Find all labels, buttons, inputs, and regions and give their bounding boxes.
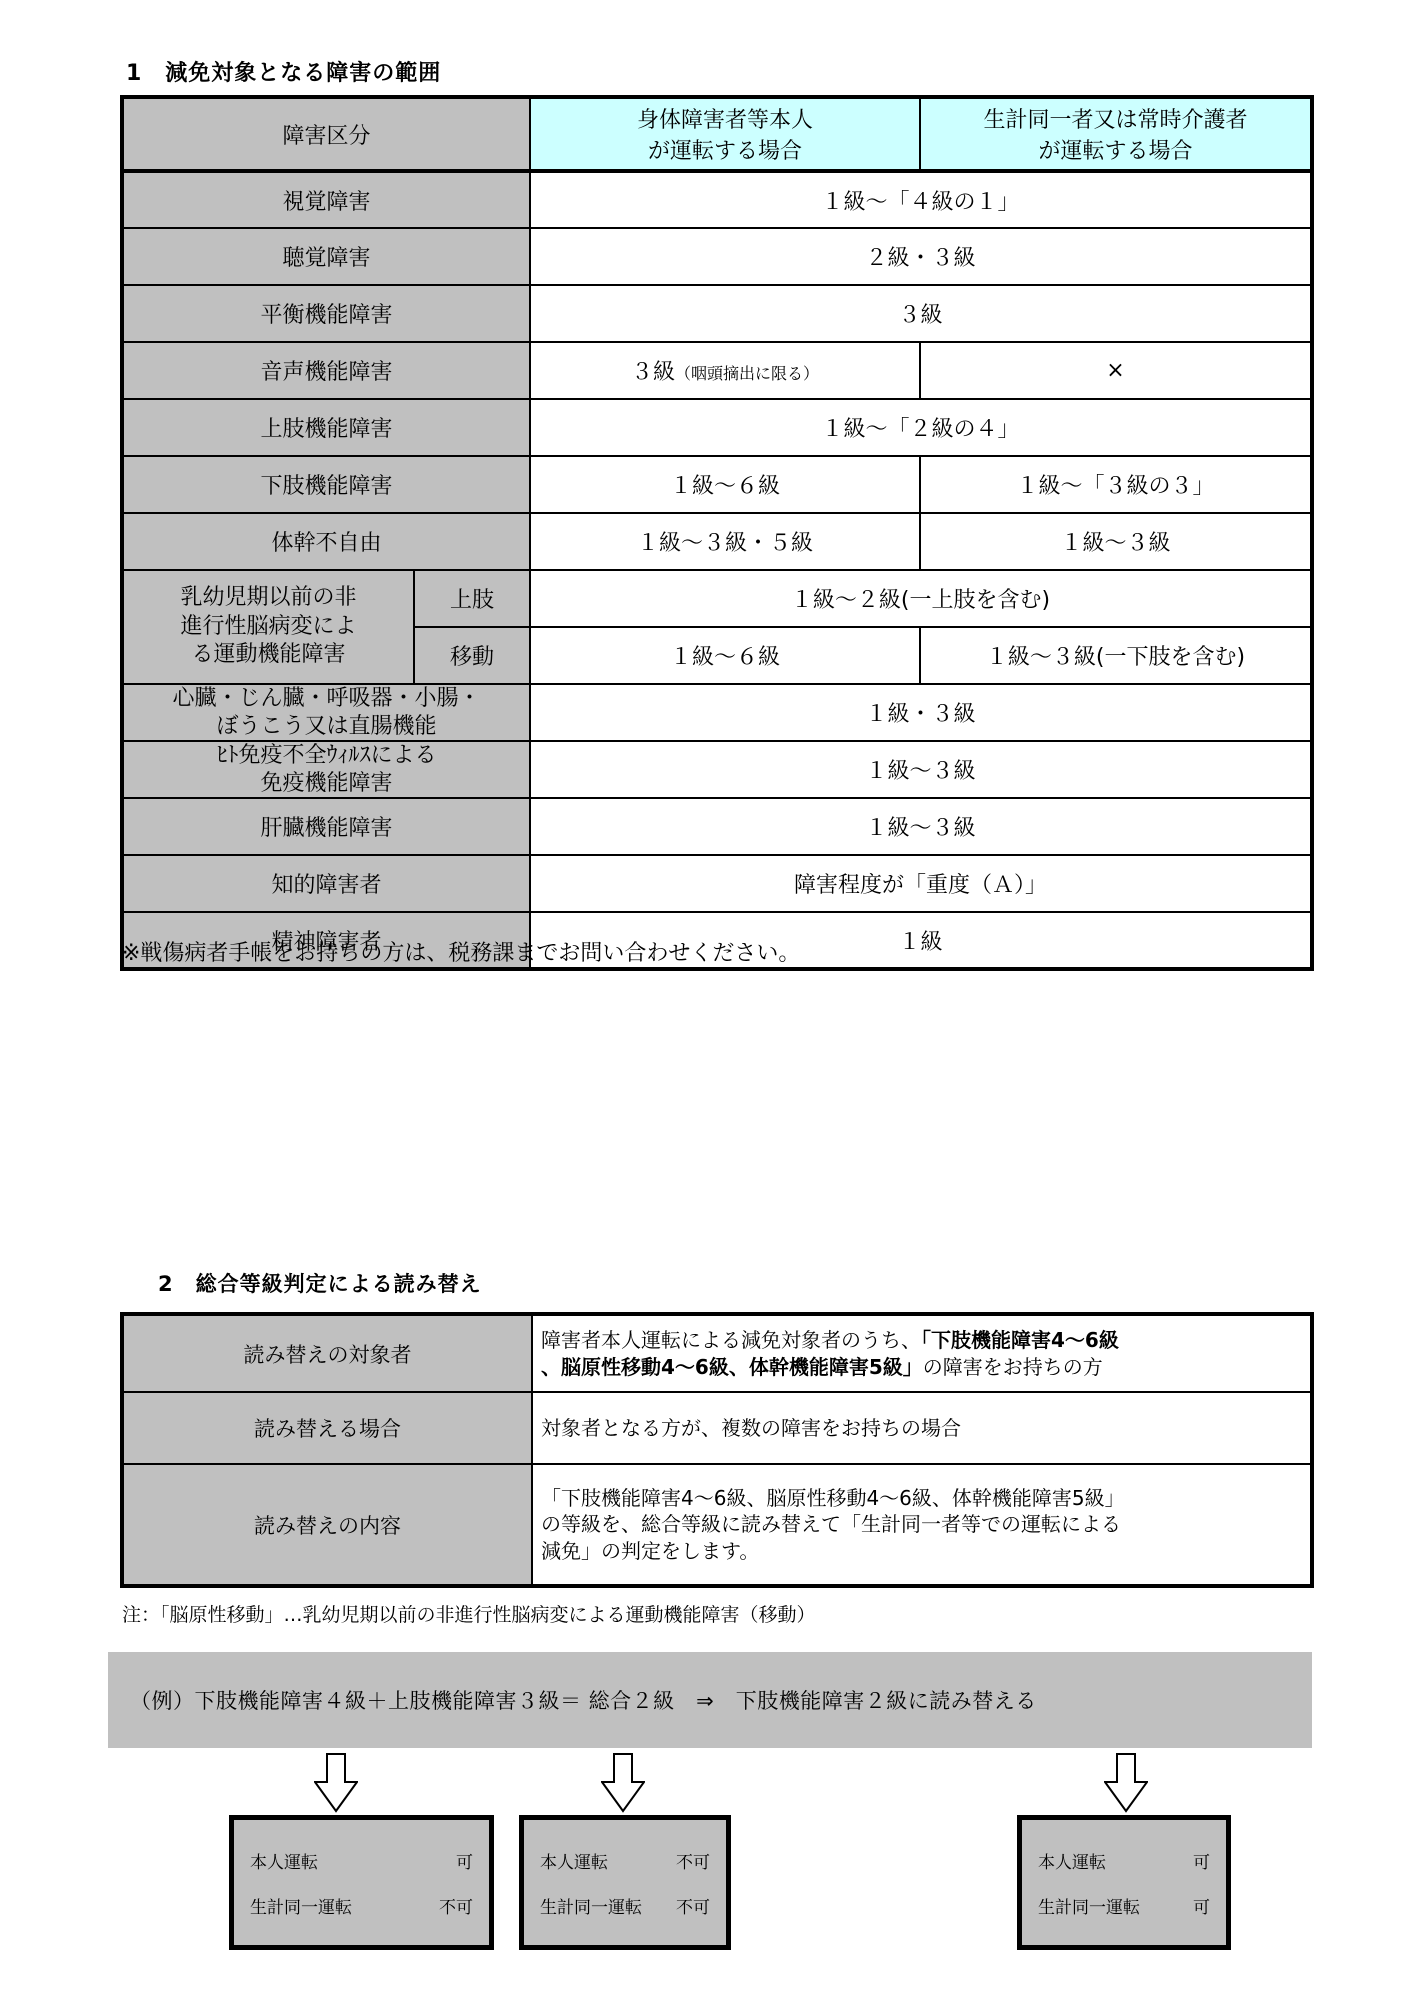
row-value-upper-limb: １級～「２級の４」	[530, 399, 1312, 456]
row-value-liver: １級～３級	[530, 798, 1312, 855]
row-label-hearing: 聴覚障害	[122, 228, 530, 285]
conversion-content-text: 「下肢機能障害4～6級、脳原性移動4～6級、体幹機能障害5級」 の等級を、総合等…	[532, 1464, 1312, 1586]
row-label-balance: 平衡機能障害	[122, 285, 530, 342]
result-value: 不可	[439, 1893, 473, 1918]
row-value-balance: ３級	[530, 285, 1312, 342]
result-value: 不可	[676, 1893, 710, 1918]
row-value-intellectual: 障害程度が「重度（Ａ）」	[530, 855, 1312, 912]
row-label-visual: 視覚障害	[122, 171, 530, 228]
voice-grade: ３級	[631, 360, 675, 385]
row-value-trunk-self: １級～３級・５級	[530, 513, 920, 570]
row-sublabel-mobility: 移動	[414, 627, 530, 684]
table-row: 読み替えの内容 「下肢機能障害4～6級、脳原性移動4～6級、体幹機能障害5級」 …	[122, 1464, 1312, 1586]
result-label: 生計同一運転	[540, 1893, 642, 1918]
row-value-cerebral-mobility-other: １級～３級(一下肢を含む)	[920, 627, 1312, 684]
table-row: 乳幼児期以前の非 進行性脳病変によ る運動機能障害 上肢 １級～２級(一上肢を含…	[122, 570, 1312, 627]
row-value-hearing: ２級・３級	[530, 228, 1312, 285]
table-row: 心臓・じん臓・呼吸器・小腸・ ぼうこう又は直腸機能 １級・３級	[122, 684, 1312, 741]
row-value-cerebral-upper: １級～２級(一上肢を含む)	[530, 570, 1312, 627]
row-value-hiv-immune: １級～３級	[530, 741, 1312, 798]
row-label-liver: 肝臓機能障害	[122, 798, 530, 855]
document-page: 1 減免対象となる障害の範囲 障害区分 身体障害者等本人 が運転する場合 生計同…	[0, 0, 1414, 2000]
row-value-voice-self: ３級（咽頭摘出に限る）	[530, 342, 920, 399]
header-other-driver: 生計同一者又は常時介護者 が運転する場合	[920, 97, 1312, 171]
table-row: 視覚障害 １級～「４級の１」	[122, 171, 1312, 228]
table-row: 知的障害者 障害程度が「重度（Ａ）」	[122, 855, 1312, 912]
section2-title: 2 総合等級判定による読み替え	[158, 1268, 482, 1298]
down-arrow-icon	[601, 1753, 645, 1813]
result-row: 本人運転 可	[250, 1848, 473, 1873]
row-label-internal-organs: 心臓・じん臓・呼吸器・小腸・ ぼうこう又は直腸機能	[122, 684, 530, 741]
table-row: 聴覚障害 ２級・３級	[122, 228, 1312, 285]
conversion-case-text: 対象者となる方が、複数の障害をお持ちの場合	[532, 1392, 1312, 1464]
example-text: （例）下肢機能障害４級＋上肢機能障害３級＝ 総合２級 ⇒ 下肢機能障害２級に読み…	[130, 1685, 1037, 1715]
row-label-intellectual: 知的障害者	[122, 855, 530, 912]
header-category: 障害区分	[122, 97, 530, 171]
row-value-lower-limb-other: １級～「３級の３」	[920, 456, 1312, 513]
result-row: 本人運転 不可	[540, 1848, 710, 1873]
result-row: 生計同一運転 不可	[250, 1893, 473, 1918]
result-label: 生計同一運転	[1038, 1893, 1140, 1918]
table-row: 読み替える場合 対象者となる方が、複数の障害をお持ちの場合	[122, 1392, 1312, 1464]
table-row: 上肢機能障害 １級～「２級の４」	[122, 399, 1312, 456]
row-label-voice: 音声機能障害	[122, 342, 530, 399]
header-self-driver: 身体障害者等本人 が運転する場合	[530, 97, 920, 171]
result-row: 生計同一運転 不可	[540, 1893, 710, 1918]
conversion-case-label: 読み替える場合	[122, 1392, 532, 1464]
row-label-upper-limb: 上肢機能障害	[122, 399, 530, 456]
row-label-trunk: 体幹不自由	[122, 513, 530, 570]
row-label-lower-limb: 下肢機能障害	[122, 456, 530, 513]
row-value-voice-other: ×	[920, 342, 1312, 399]
row-label-hiv-immune: ﾋﾄ免疫不全ｳｨﾙｽによる 免疫機能障害	[122, 741, 530, 798]
row-label-cerebral-group: 乳幼児期以前の非 進行性脳病変によ る運動機能障害	[122, 570, 414, 684]
result-value: 不可	[676, 1848, 710, 1873]
table-row: 体幹不自由 １級～３級・５級 １級～３級	[122, 513, 1312, 570]
table-row: ﾋﾄ免疫不全ｳｨﾙｽによる 免疫機能障害 １級～３級	[122, 741, 1312, 798]
cerebral-mobility-note: 注：「脳原性移動」…乳幼児期以前の非進行性脳病変による運動機能障害（移動）	[122, 1600, 816, 1627]
result-value: 可	[1193, 1893, 1210, 1918]
table-row: 平衡機能障害 ３級	[122, 285, 1312, 342]
result-label: 本人運転	[1038, 1848, 1106, 1873]
grade-conversion-table: 読み替えの対象者 障害者本人運転による減免対象者のうち、「下肢機能障害4～6級 …	[120, 1312, 1314, 1588]
war-injury-note: ※戦傷病者手帳をお持ちの方は、税務課までお問い合わせください。	[122, 936, 800, 967]
table-row: 音声機能障害 ３級（咽頭摘出に限る） ×	[122, 342, 1312, 399]
voice-grade-note: （咽頭摘出に限る）	[675, 364, 819, 383]
conversion-target-text: 障害者本人運転による減免対象者のうち、「下肢機能障害4～6級 、脳原性移動4～6…	[532, 1314, 1312, 1392]
row-sublabel-upper: 上肢	[414, 570, 530, 627]
result-row: 本人運転 可	[1038, 1848, 1210, 1873]
result-box-self-only: 本人運転 可 生計同一運転 不可	[229, 1815, 494, 1950]
result-value: 可	[456, 1848, 473, 1873]
table-row: 下肢機能障害 １級～６級 １級～「３級の３」	[122, 456, 1312, 513]
row-value-lower-limb-self: １級～６級	[530, 456, 920, 513]
target-text-post: の障害をお持ちの方	[923, 1355, 1103, 1379]
result-label: 生計同一運転	[250, 1893, 352, 1918]
row-value-cerebral-mobility-self: １級～６級	[530, 627, 920, 684]
row-value-internal-organs: １級・３級	[530, 684, 1312, 741]
result-box-both: 本人運転 可 生計同一運転 可	[1017, 1815, 1231, 1950]
row-value-trunk-other: １級～３級	[920, 513, 1312, 570]
table-row: 読み替えの対象者 障害者本人運転による減免対象者のうち、「下肢機能障害4～6級 …	[122, 1314, 1312, 1392]
result-label: 本人運転	[540, 1848, 608, 1873]
target-text-pre: 障害者本人運転による減免対象者のうち、	[541, 1328, 921, 1352]
result-value: 可	[1193, 1848, 1210, 1873]
result-label: 本人運転	[250, 1848, 318, 1873]
result-box-neither: 本人運転 不可 生計同一運転 不可	[519, 1815, 731, 1950]
result-row: 生計同一運転 可	[1038, 1893, 1210, 1918]
section1-title: 1 減免対象となる障害の範囲	[126, 56, 441, 87]
down-arrow-icon	[314, 1753, 358, 1813]
row-value-visual: １級～「４級の１」	[530, 171, 1312, 228]
table-header-row: 障害区分 身体障害者等本人 が運転する場合 生計同一者又は常時介護者 が運転する…	[122, 97, 1312, 171]
example-banner: （例）下肢機能障害４級＋上肢機能障害３級＝ 総合２級 ⇒ 下肢機能障害２級に読み…	[108, 1652, 1312, 1748]
conversion-content-label: 読み替えの内容	[122, 1464, 532, 1586]
disability-range-table: 障害区分 身体障害者等本人 が運転する場合 生計同一者又は常時介護者 が運転する…	[120, 95, 1314, 971]
conversion-target-label: 読み替えの対象者	[122, 1314, 532, 1392]
table-row: 肝臓機能障害 １級～３級	[122, 798, 1312, 855]
down-arrow-icon	[1104, 1753, 1148, 1813]
